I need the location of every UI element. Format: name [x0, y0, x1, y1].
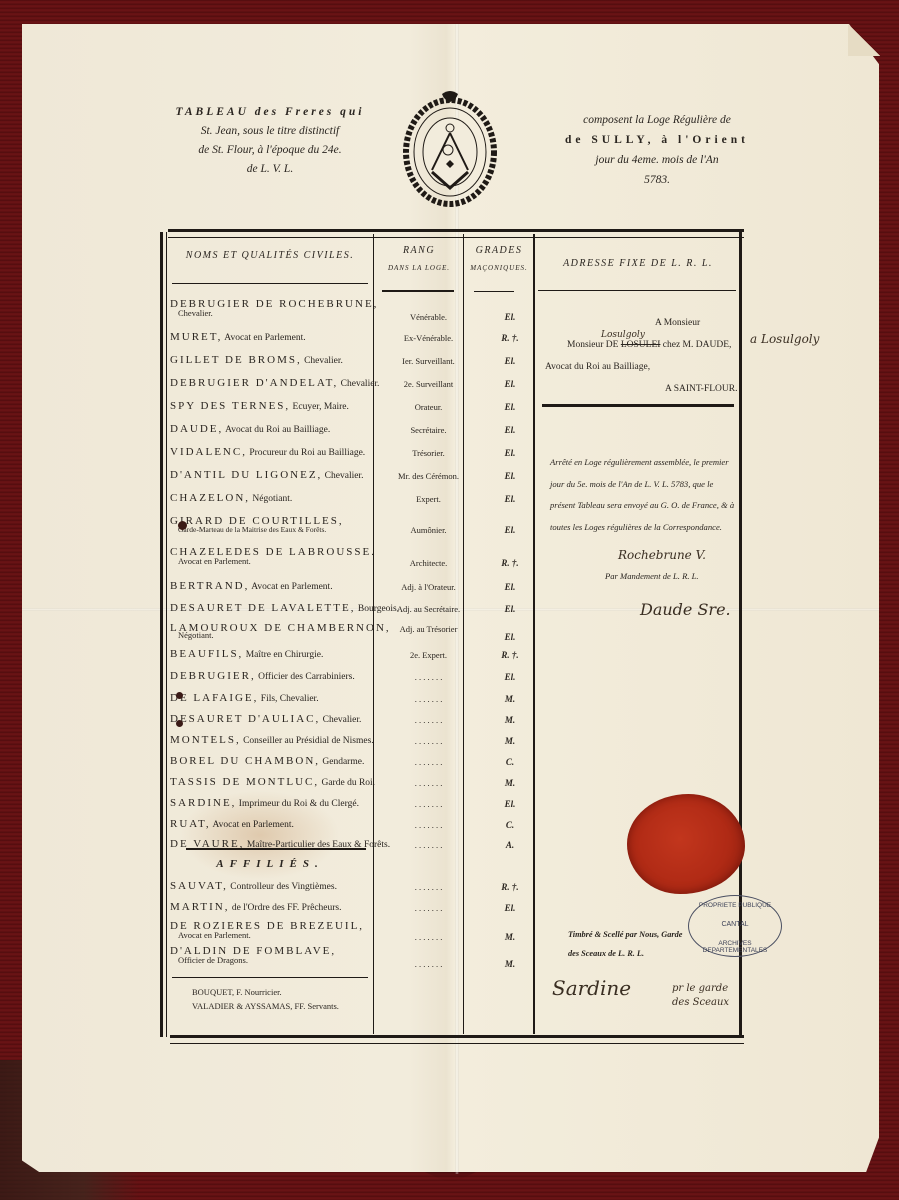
address-rule	[542, 404, 734, 407]
servant-line: VALADIER & AYSSAMAS, FF. Servants.	[192, 999, 339, 1013]
member-row: VIDALENC, Procureur du Roi au Bailliage.…	[170, 446, 540, 468]
affilie-row: DE ROZIERES DE BREZEUIL,Avocat en Parlem…	[170, 920, 540, 942]
header-left-line: St. Jean, sous le titre distinctif	[170, 122, 370, 141]
header-underline	[382, 290, 454, 292]
table-bottom-rule	[170, 1035, 744, 1044]
member-row: MURET, Avocat en Parlement.Ex-Vénérable.…	[170, 331, 540, 353]
section-divider	[172, 977, 368, 978]
member-row: CHAZELEDES DE LABROUSSE.Avocat en Parlem…	[170, 546, 540, 568]
rang-subtitle: DANS LA LOGE.	[376, 264, 462, 272]
member-row: DESAURET D'AULIAC, Chevalier.. . . . . .…	[170, 713, 540, 735]
rochebrune-signature: Rochebrune V.	[618, 548, 706, 562]
margin-handwritten-note: a Losulgoly	[750, 332, 819, 346]
header-right-line: jour du 4eme. mois de l'An	[562, 150, 752, 170]
member-row: GIRARD DE COURTILLES,Garde-Marteau de la…	[170, 515, 540, 537]
header-left-line: de St. Flour, à l'époque du 24e.	[170, 141, 370, 160]
affilie-row: SAUVAT, Controlleur des Vingtièmes.. . .…	[170, 880, 540, 902]
handwritten-correction: Losulgoly	[601, 324, 645, 346]
affilie-row: D'ALDIN DE FOMBLAVE,Officier de Dragons.…	[170, 945, 540, 967]
column-header-grades: GRADES MAÇONIQUES.	[466, 245, 532, 272]
address-line: Avocat du Roi au Bailliage,	[545, 356, 745, 378]
paper-hole	[176, 692, 183, 699]
header-right-line: 5783.	[562, 170, 752, 190]
affilies-heading: AFFILIÉS.	[170, 858, 370, 870]
grades-title: GRADES	[476, 245, 523, 256]
table-left-border-inner	[166, 232, 167, 1037]
header-right-line: composent la Loge Régulière de	[562, 110, 752, 130]
sardine-signature: Sardine	[552, 976, 631, 1000]
address-line: Monsieur DE LOSULEI chez M. DAUDE, Losul…	[545, 334, 745, 356]
servants-list: BOUQUET, F. Nourricier. VALADIER & AYSSA…	[192, 985, 339, 1013]
section-divider	[186, 848, 366, 850]
member-row: D'ANTIL DU LIGONEZ, Chevalier.Mr. des Cé…	[170, 469, 540, 491]
table-top-rule	[168, 229, 744, 238]
member-row: SARDINE, Imprimeur du Roi & du Clergé.. …	[170, 797, 540, 819]
daude-signature: Daude Sre.	[640, 600, 731, 619]
column-header-adresse: ADRESSE FIXE DE L. R. L.	[538, 258, 738, 269]
member-row: CHAZELON, Négotiant.Expert.El.	[170, 492, 540, 514]
lodge-emblem-icon	[402, 88, 498, 208]
mandement-line: Par Mandement de L. R. L.	[605, 571, 699, 581]
member-row: GILLET DE BROMS, Chevalier.Ier. Surveill…	[170, 354, 540, 376]
address-line: A SAINT-FLOUR.	[545, 378, 745, 400]
header-underline	[538, 290, 736, 291]
header-right: composent la Loge Régulière de de SULLY,…	[562, 110, 752, 190]
member-row: SPY DES TERNES, Ecuyer, Maire.Orateur.El…	[170, 400, 540, 422]
timbre-text: Timbré & Scellé par Nous, Garde des Scea…	[568, 925, 682, 963]
header-underline	[172, 283, 368, 284]
member-row: TASSIS DE MONTLUC, Garde du Roi.. . . . …	[170, 776, 540, 798]
member-row: BERTRAND, Avocat en Parlement.Adj. à l'O…	[170, 580, 540, 602]
grades-subtitle: MAÇONIQUES.	[466, 264, 532, 272]
header-left-line: de L. V. L.	[170, 160, 370, 179]
servant-line: BOUQUET, F. Nourricier.	[192, 985, 339, 999]
header-right-line: de SULLY, à l'Orient	[562, 130, 752, 150]
folded-corner	[848, 24, 880, 56]
header-left-line: TABLEAU des Freres qui	[170, 103, 370, 122]
column-header-names: NOMS ET QUALITÉS CIVILES.	[170, 250, 370, 261]
member-row: DEBRUGIER, Officier des Carrabiniers.. .…	[170, 670, 540, 692]
member-row: DEBRUGIER DE ROCHEBRUNE,Chevalier.Vénéra…	[170, 298, 540, 320]
table-left-border	[160, 232, 163, 1037]
member-row: MONTELS, Conseiller au Présidial de Nism…	[170, 734, 540, 756]
member-row: DAUDE, Avocat du Roi au Bailliage.Secrét…	[170, 423, 540, 445]
member-row: DEBRUGIER D'ANDELAT, Chevalier.2e. Surve…	[170, 377, 540, 399]
arrete-paragraph: Arrêté en Loge régulièrement assemblée, …	[550, 452, 740, 538]
header-left: TABLEAU des Freres qui St. Jean, sous le…	[170, 103, 370, 179]
header-underline	[474, 291, 514, 292]
rang-title: RANG	[403, 245, 435, 256]
paper-hole	[176, 720, 183, 727]
member-row: DE LAFAIGE, Fils, Chevalier.. . . . . . …	[170, 692, 540, 714]
member-row: BOREL DU CHAMBON, Gendarme.. . . . . . .…	[170, 755, 540, 777]
member-row: LAMOUROUX DE CHAMBERNON,Négotiant.Adj. a…	[170, 622, 540, 644]
member-row: DESAURET DE LAVALETTE, Bourgeois.Adj. au…	[170, 602, 540, 624]
paper-hole	[178, 521, 187, 530]
archive-stamp: PROPRIETE PUBLIQUE CANTAL ARCHIVES DEPAR…	[688, 895, 782, 957]
member-row: RUAT, Avocat en Parlement.. . . . . . .C…	[170, 818, 540, 840]
column-header-rang: RANG DANS LA LOGE.	[376, 245, 462, 272]
address-line: A Monsieur	[545, 312, 745, 334]
sardine-signature-note: pr le garde des Sceaux	[672, 982, 742, 1010]
member-row: BEAUFILS, Maître en Chirurgie.2e. Expert…	[170, 648, 540, 670]
lodge-address: A Monsieur Monsieur DE LOSULEI chez M. D…	[545, 312, 745, 400]
